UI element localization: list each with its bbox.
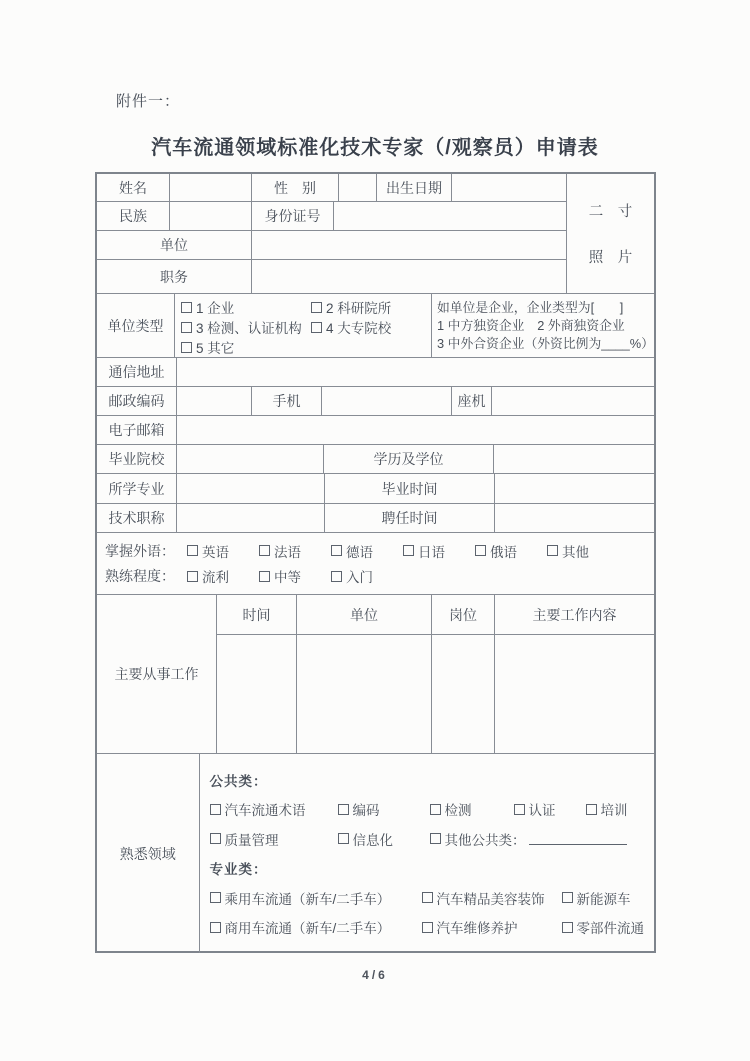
checkbox-icon [181,302,192,313]
work-post-cell [432,635,495,753]
checkbox-option: 编码 [338,799,430,819]
checkbox-icon [430,804,441,815]
checkbox-option: 4 大专院校 [311,317,391,337]
language-mastery-label: 掌握外语： [105,541,187,561]
checkbox-icon [430,833,441,844]
unit-type-line3: 5 其它 [181,337,425,357]
public-category-title: 公共类： [210,770,645,790]
checkbox-option: 德语 [331,541,403,561]
hire-time-label: 聘任时间 [325,504,495,532]
checkbox-option: 汽车维修养护 [422,917,562,937]
work-unit-cell [297,635,432,753]
work-unit-header: 单位 [297,595,432,634]
checkbox-icon [562,892,573,903]
checkbox-option: 新能源车 [562,888,631,908]
checkbox-option: 3 检测、认证机构 [181,317,311,337]
work-history-body-row [217,635,654,753]
checkbox-icon [259,571,270,582]
form-title: 汽车流通领域标准化技术专家（/观察员）申请表 [0,131,750,160]
row-familiar-fields: 熟悉领域 公共类： 汽车流通术语 编码 检测 认证 培训 质量管理 信息化 其他… [97,754,654,953]
checkbox-option: 零部件流通 [562,917,645,937]
professional-options-line2: 商用车流通（新车/二手车） 汽车维修养护 零部件流通 [210,917,645,937]
row-postal-phone: 邮政编码 手机 座机 [97,387,654,416]
gender-label: 性 别 [252,174,339,201]
row-name-gender-birth: 姓名 性 别 出生日期 [97,174,566,202]
checkbox-option: 汽车精品美容装饰 [422,888,562,908]
checkbox-option: 培训 [586,799,628,819]
checkbox-icon [475,545,486,556]
technical-title-label: 技术职称 [97,504,177,532]
graduation-time-value-cell [495,474,654,503]
checkbox-icon [210,804,221,815]
checkbox-option: 汽车流通术语 [210,799,338,819]
row-title-hiretime: 技术职称 聘任时间 [97,504,654,533]
checkbox-icon [331,571,342,582]
work-history-label: 主要从事工作 [97,595,217,753]
checkbox-icon [181,342,192,353]
birth-date-label: 出生日期 [377,174,452,201]
familiar-fields-label: 熟悉领域 [97,754,200,953]
landline-value-cell [492,387,654,415]
checkbox-option: 中等 [259,566,331,586]
checkbox-icon [181,322,192,333]
unit-type-label: 单位类型 [97,294,175,357]
checkbox-option: 商用车流通（新车/二手车） [210,917,422,937]
photo-size-text: 二 寸 [589,200,633,221]
email-label: 电子邮箱 [97,416,177,444]
row-unit-type: 单位类型 1 企业 2 科研院所 3 检测、认证机构 4 大专院校 5 其它 如… [97,294,654,358]
checkbox-option: 信息化 [338,829,430,849]
name-value-cell [170,174,252,201]
professional-options-line1: 乘用车流通（新车/二手车） 汽车精品美容装饰 新能源车 [210,888,645,908]
work-content-cell [495,635,654,753]
work-time-header: 时间 [217,595,297,634]
checkbox-icon [514,804,525,815]
checkbox-icon [187,545,198,556]
work-post-header: 岗位 [432,595,495,634]
checkbox-icon [311,322,322,333]
name-label: 姓名 [97,174,170,201]
checkbox-icon [210,922,221,933]
language-level-label: 熟练程度： [105,566,187,586]
checkbox-option: 质量管理 [210,829,338,849]
language-level-line: 熟练程度： 流利 中等 入门 [105,566,646,586]
public-options-line2: 质量管理 信息化 其他公共类： [210,829,645,849]
checkbox-option: 其他公共类： [430,829,526,849]
major-value-cell [177,474,325,503]
checkbox-option: 法语 [259,541,331,561]
row-languages: 掌握外语： 英语 法语 德语 日语 俄语 其他 熟练程度： 流利 中等 入门 [97,533,654,595]
checkbox-icon [187,571,198,582]
position-label: 职务 [97,260,252,293]
checkbox-icon [422,892,433,903]
postal-code-label: 邮政编码 [97,387,177,415]
work-history-header-row: 时间 单位 岗位 主要工作内容 [217,595,654,635]
professional-category-title: 专业类： [210,858,645,878]
familiar-fields-content: 公共类： 汽车流通术语 编码 检测 认证 培训 质量管理 信息化 其他公共类： … [200,754,655,953]
major-label: 所学专业 [97,474,177,503]
mobile-label: 手机 [252,387,322,415]
organization-label: 单位 [97,231,252,259]
note-line: 1 中方独资企业 2 外商独资企业 [437,318,649,333]
checkbox-icon [210,892,221,903]
technical-title-value-cell [177,504,325,532]
checkbox-icon [586,804,597,815]
checkbox-option: 认证 [514,799,586,819]
checkbox-icon [338,804,349,815]
application-form-table: 姓名 性 别 出生日期 民族 身份证号 单位 [95,172,656,953]
checkbox-icon [562,922,573,933]
checkbox-option: 入门 [331,566,403,586]
landline-label: 座机 [452,387,492,415]
row-work-history: 主要从事工作 时间 单位 岗位 主要工作内容 [97,595,654,754]
work-time-cell [217,635,297,753]
row-school-degree: 毕业院校 学历及学位 [97,445,654,474]
checkbox-icon [331,545,342,556]
postal-code-value-cell [177,387,252,415]
row-address: 通信地址 [97,358,654,387]
row-major-gradtime: 所学专业 毕业时间 [97,474,654,504]
email-value-cell [177,416,654,444]
unit-type-line1: 1 企业 2 科研院所 [181,297,425,317]
personal-info-left: 姓名 性 别 出生日期 民族 身份证号 单位 [97,174,566,293]
blank-underline [529,832,627,845]
checkbox-icon [338,833,349,844]
row-ethnic-id: 民族 身份证号 [97,202,566,231]
checkbox-icon [547,545,558,556]
checkbox-option: 俄语 [475,541,547,561]
photo-placeholder: 二 寸 照 片 [566,174,654,293]
personal-info-block: 姓名 性 别 出生日期 民族 身份证号 单位 [97,174,654,294]
scanned-form-page: 附件一： 汽车流通领域标准化技术专家（/观察员）申请表 姓名 性 别 出生日期 … [0,0,750,1061]
checkbox-option: 流利 [187,566,259,586]
mobile-value-cell [322,387,452,415]
row-organization: 单位 [97,231,566,260]
gender-value-cell [339,174,377,201]
language-mastery-line: 掌握外语： 英语 法语 德语 日语 俄语 其他 [105,541,646,561]
ethnicity-value-cell [170,202,252,230]
checkbox-option: 其他 [547,541,619,561]
checkbox-icon [210,833,221,844]
enterprise-type-note: 如单位是企业，企业类型为[ ] 1 中方独资企业 2 外商独资企业 3 中外合资… [432,294,654,357]
address-label: 通信地址 [97,358,177,386]
checkbox-option: 检测 [430,799,514,819]
checkbox-icon [311,302,322,313]
organization-value-cell [252,231,566,259]
page-number: 4/6 [0,968,750,982]
unit-type-line2: 3 检测、认证机构 4 大专院校 [181,317,425,337]
checkbox-option: 乘用车流通（新车/二手车） [210,888,422,908]
ethnicity-label: 民族 [97,202,170,230]
attachment-label: 附件一： [116,90,180,111]
checkbox-icon [422,922,433,933]
hire-time-value-cell [495,504,654,532]
checkbox-option: 英语 [187,541,259,561]
work-content-header: 主要工作内容 [495,595,654,634]
degree-value-cell [494,445,654,473]
school-label: 毕业院校 [97,445,177,473]
graduation-time-label: 毕业时间 [325,474,495,503]
checkbox-option: 日语 [403,541,475,561]
degree-label: 学历及学位 [324,445,494,473]
id-number-label: 身份证号 [252,202,334,230]
row-email: 电子邮箱 [97,416,654,445]
note-line: 3 中外合资企业（外资比例为____%） [437,336,649,351]
checkbox-option: 2 科研院所 [311,297,391,317]
address-value-cell [177,358,654,386]
languages-cell: 掌握外语： 英语 法语 德语 日语 俄语 其他 熟练程度： 流利 中等 入门 [97,533,654,594]
id-number-value-cell [334,202,566,230]
note-line: 如单位是企业，企业类型为[ ] [437,300,649,315]
unit-type-options: 1 企业 2 科研院所 3 检测、认证机构 4 大专院校 5 其它 [175,294,432,357]
checkbox-option: 5 其它 [181,337,234,357]
birth-date-value-cell [452,174,566,201]
checkbox-icon [259,545,270,556]
checkbox-option: 1 企业 [181,297,311,317]
photo-text: 照 片 [589,246,633,267]
row-position: 职务 [97,260,566,293]
work-history-subtable: 时间 单位 岗位 主要工作内容 [217,595,654,753]
school-value-cell [177,445,324,473]
checkbox-icon [403,545,414,556]
position-value-cell [252,260,566,293]
public-options-line1: 汽车流通术语 编码 检测 认证 培训 [210,799,645,819]
